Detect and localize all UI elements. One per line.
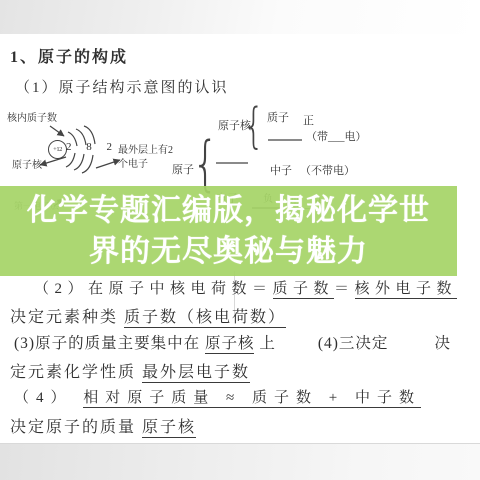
- shell-electron-numbers: 2 8 2: [66, 141, 118, 155]
- neutron-label: 中子: [270, 165, 292, 179]
- note-row-4-text: （4）: [14, 390, 83, 406]
- note-row-2b-answer: 质子数（核电荷数）: [124, 309, 286, 328]
- inner-brace: {: [243, 102, 264, 150]
- note-row-4: （4） 相对原子质量 ≈ 质子数 + 中子数: [14, 386, 421, 407]
- overlay-banner: 化学专题汇编版，揭秘化学世 界的无尽奥秘与魅力: [0, 186, 457, 276]
- banner-line-2: 界的无尽奥秘与魅力: [89, 231, 368, 272]
- note-row-3-answer: 原子核: [205, 335, 255, 354]
- nucleus-charge: +12: [53, 146, 62, 153]
- proton-label: 质子: [267, 112, 289, 126]
- note-row-4-heading-cont: 决: [434, 335, 451, 352]
- note-row-2b-text: 决定元素种类: [10, 309, 124, 326]
- note-row-3b: 定元素化学性质 最外层电子数: [10, 359, 250, 382]
- note-row-2-answer-2: 核外电子数: [355, 281, 458, 299]
- doc-subtitle: （1）原子结构示意图的认识: [15, 79, 229, 98]
- neutron-note: （不带电）: [300, 165, 355, 179]
- nucleus-circle: +12: [48, 140, 67, 159]
- note-row-3b-answer: 最外层电子数: [142, 364, 250, 383]
- proton-charge-note: （带___电）: [306, 131, 367, 145]
- note-row-3-suffix: 上: [254, 335, 275, 352]
- outer-brace: {: [192, 134, 219, 194]
- note-row-4b: 决定原子的质量 原子核: [10, 414, 196, 437]
- note-row-3: (3)原子的质量主要集中在 原子核 上(4)三决定决: [14, 331, 451, 353]
- note-row-2-text: （2）在原子中核电荷数＝: [34, 281, 273, 297]
- document-photo: 1、原子的构成 （1）原子结构示意图的认识 核内质子数 +12 2 8 2 原子…: [0, 0, 480, 480]
- note-row-4-answer: 相对原子质量 ≈ 质子数 + 中子数: [83, 390, 421, 408]
- proton-count-label: 核内质子数: [7, 113, 57, 126]
- proton-charge: 正: [303, 115, 314, 129]
- banner-line-1: 化学专题汇编版，揭秘化学世: [27, 190, 430, 231]
- note-row-3-text: (3)原子的质量主要集中在: [14, 335, 205, 352]
- note-row-2: （2）在原子中核电荷数＝质子数＝核外电子数: [34, 277, 457, 298]
- note-row-3b-text: 定元素化学性质: [10, 364, 142, 381]
- note-row-2-answer-1: 质子数: [273, 281, 335, 299]
- note-row-4-heading: (4)三决定: [318, 335, 389, 352]
- atom-label: 原子: [172, 164, 194, 178]
- note-row-4b-text: 决定原子的质量: [10, 419, 142, 436]
- doc-title: 1、原子的构成: [10, 48, 128, 68]
- outer-shell-note-line2: 个电子: [118, 159, 148, 172]
- outer-shell-note-line1: 最外层上有2: [118, 145, 173, 158]
- note-row-2-equals: ＝: [334, 281, 355, 297]
- note-row-2b: 决定元素种类 质子数（核电荷数）: [10, 304, 286, 327]
- nucleus-label: 原子核: [12, 160, 42, 173]
- proton-count-arrow: [50, 126, 64, 136]
- note-row-4b-answer: 原子核: [142, 419, 196, 438]
- outer-shell-arrow: [96, 160, 120, 168]
